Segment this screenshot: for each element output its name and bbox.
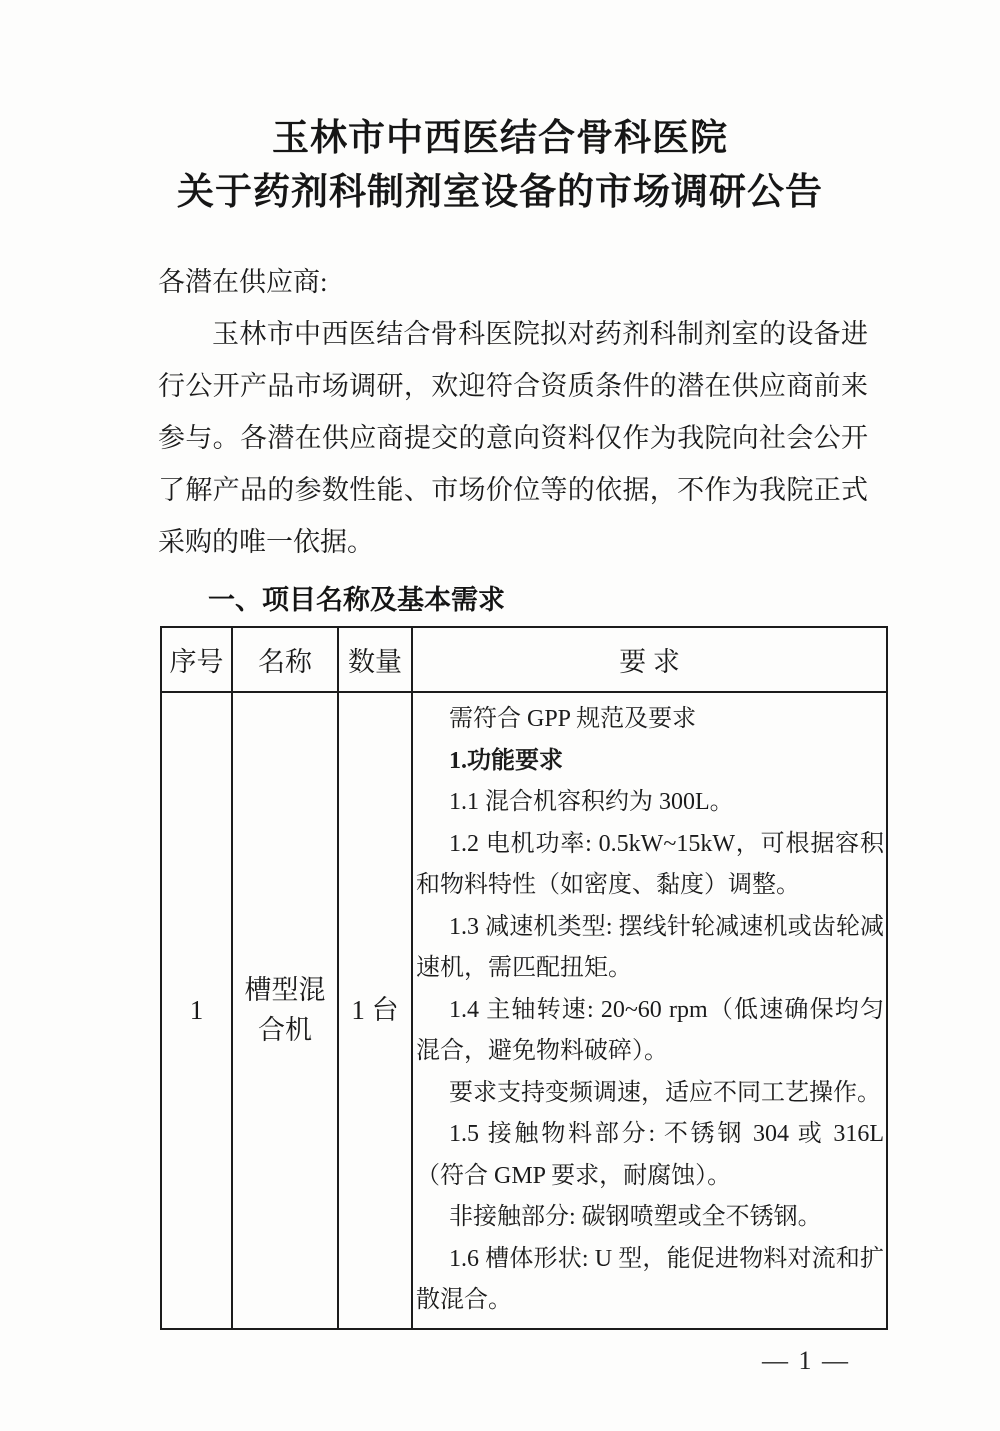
page-number: — 1 — [0,1346,850,1376]
document-title: 玉林市中西医结合骨科医院 关于药剂科制剂室设备的市场调研公告 [0,0,1000,220]
requirement-line: 1.6 槽体形状: U 型，能促进物料对流和扩散混合。 [416,1239,884,1322]
requirement-line: 1.5 接触物料部分: 不锈钢 304 或 316L（符合 GMP 要求，耐腐蚀… [416,1114,884,1197]
cell-index: 1 [161,692,232,1329]
col-header-name: 名称 [232,627,338,692]
col-header-index: 序号 [161,627,232,692]
title-line-1: 玉林市中西医结合骨科医院 [0,112,1000,166]
requirement-line: 非接触部分: 碳钢喷塑或全不锈钢。 [416,1197,884,1239]
intro-section: 各潜在供应商: 玉林市中西医结合骨科医院拟对药剂科制剂室的设备进行公开产品市场调… [158,256,868,568]
requirement-line: 要求支持变频调速，适应不同工艺操作。 [416,1073,884,1115]
cell-name: 槽型混合机 [232,692,338,1329]
col-header-quantity: 数量 [338,627,412,692]
section-heading: 一、项目名称及基本需求 [208,582,1000,618]
table-header-row: 序号 名称 数量 要 求 [161,627,887,692]
requirements-table: 序号 名称 数量 要 求 1 槽型混合机 1 台 需符合 GPP 规范及要求 1… [160,626,888,1330]
requirement-line: 1.功能要求 [416,741,884,783]
table-row: 1 槽型混合机 1 台 需符合 GPP 规范及要求 1.功能要求 1.1 混合机… [161,692,887,1329]
requirement-line: 1.2 电机功率: 0.5kW~15kW，可根据容积和物料特性（如密度、黏度）调… [416,824,884,907]
cell-requirements: 需符合 GPP 规范及要求 1.功能要求 1.1 混合机容积约为 300L。 1… [412,692,887,1329]
document-page: 玉林市中西医结合骨科医院 关于药剂科制剂室设备的市场调研公告 各潜在供应商: 玉… [0,0,1000,1431]
intro-paragraph: 玉林市中西医结合骨科医院拟对药剂科制剂室的设备进行公开产品市场调研，欢迎符合资质… [158,308,868,568]
col-header-requirements: 要 求 [412,627,887,692]
requirement-line: 需符合 GPP 规范及要求 [416,699,884,741]
requirement-line: 1.3 减速机类型: 摆线针轮减速机或齿轮减速机，需匹配扭矩。 [416,907,884,990]
requirement-line: 1.4 主轴转速: 20~60 rpm（低速确保均匀混合，避免物料破碎）。 [416,990,884,1073]
requirement-line: 1.1 混合机容积约为 300L。 [416,782,884,824]
cell-quantity: 1 台 [338,692,412,1329]
salutation: 各潜在供应商: [158,256,868,308]
title-line-2: 关于药剂科制剂室设备的市场调研公告 [0,166,1000,220]
